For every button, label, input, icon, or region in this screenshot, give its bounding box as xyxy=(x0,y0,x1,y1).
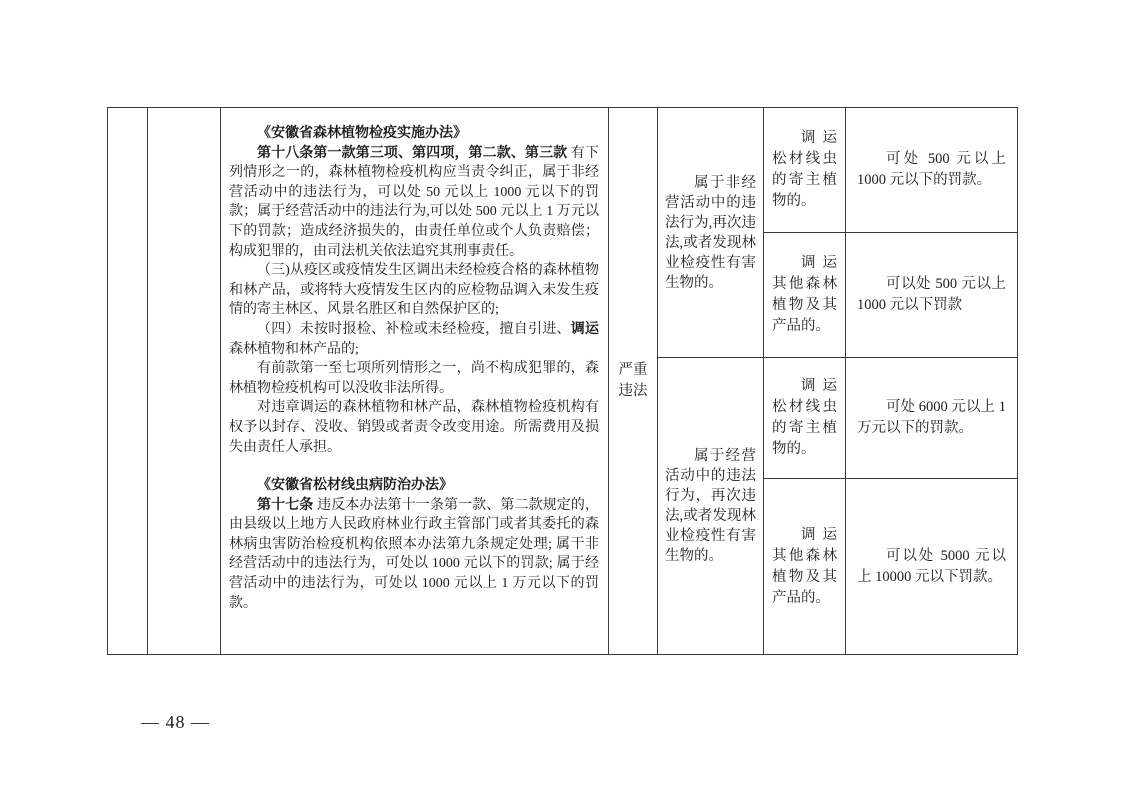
object-text: 调运松材线虫的寄主植物的。 xyxy=(772,128,837,212)
legal-basis-cell: 《安徽省森林植物检疫实施办法》 第十八条第一款第三项、第四项，第二款、第三款 有… xyxy=(221,108,609,654)
penalty-cell-4: 可以处 5000 元以上 10000 元以下罚款。 xyxy=(846,479,1017,654)
law1-clause-paragraph: 第十八条第一款第三项、第四项，第二款、第三款 有下列情形之一的，森林植物检疫机构… xyxy=(229,144,599,262)
law1-item3-paragraph: （三)从疫区或疫情发生区调出未经检疫合格的森林植物和林产品，或将特大疫情发生区内… xyxy=(229,261,599,320)
object-cell-pine-host-2: 调运松材线虫的寄主植物的。 xyxy=(764,358,846,478)
row-group-non-business: 属于非经营活动中的违法行为,再次违法,或者发现林业检疫性有害生物的。 调运松材线… xyxy=(658,108,1017,358)
law1-title: 《安徽省森林植物检疫实施办法》 xyxy=(229,124,599,144)
regulation-table: 《安徽省森林植物检疫实施办法》 第十八条第一款第三项、第四项，第二款、第三款 有… xyxy=(107,107,1018,655)
law2-clause-rest: 违反本办法第十一条第一款、第二款规定的，由县级以上地方人民政府林业行政主管部门或… xyxy=(229,498,599,611)
object-cell-other-plants-2: 调运其他森林植物及其产品的。 xyxy=(764,479,846,654)
severity-cell: 严重违法 xyxy=(609,108,658,654)
law1-seal-paragraph: 对违章调运的森林植物和林产品，森林植物检疫机构有权予以封存、没收、销毁或者责令改… xyxy=(229,398,599,457)
table-row: 调运松材线虫的寄主植物的。 可处 6000 元以上 1 万元以下的罚款。 xyxy=(764,358,1017,479)
object-text: 调运其他森林植物及其产品的。 xyxy=(772,525,837,609)
penalty-cell-2: 可以处 500 元以上 1000 元以下罚款 xyxy=(846,233,1017,357)
page-number: — 48 — xyxy=(141,710,210,734)
law1-clause-bold: 第十八条第一款第三项、第四项，第二款、第三款 xyxy=(257,146,567,161)
sub-rows-non-business: 调运松材线虫的寄主植物的。 可处 500 元以上 1000 元以下的罚款。 调运… xyxy=(764,108,1017,357)
document-page: 《安徽省森林植物检疫实施办法》 第十八条第一款第三项、第四项，第二款、第三款 有… xyxy=(0,0,1122,793)
penalty-text: 可以处 500 元以上 1000 元以下罚款 xyxy=(857,274,1006,316)
condition-text: 属于非经营活动中的违法行为,再次违法,或者发现林业检疫性有害生物的。 xyxy=(665,173,756,293)
condition-text: 属于经营活动中的违法行为，再次违法,或者发现林业检疫性有害生物的。 xyxy=(665,446,756,566)
law1-clause-rest: 有下列情形之一的，森林植物检疫机构应当责令纠正，属于非经营活动中的违法行为，可以… xyxy=(229,146,599,259)
condition-cell-non-business: 属于非经营活动中的违法行为,再次违法,或者发现林业检疫性有害生物的。 xyxy=(658,108,764,357)
table-row: 调运松材线虫的寄主植物的。 可处 500 元以上 1000 元以下的罚款。 xyxy=(764,108,1017,233)
law1-item4-post: 森林植物和林产品的; xyxy=(229,342,359,357)
table-row: 调运其他森林植物及其产品的。 可以处 500 元以上 1000 元以下罚款 xyxy=(764,233,1017,357)
penalty-cell-3: 可处 6000 元以上 1 万元以下的罚款。 xyxy=(846,358,1017,478)
condition-cell-business: 属于经营活动中的违法行为，再次违法,或者发现林业检疫性有害生物的。 xyxy=(658,358,764,654)
law1-item4-pre: （四）未按时报检、补检或未经检疫，擅自引进、 xyxy=(257,322,571,337)
empty-cell-left-1 xyxy=(108,108,148,654)
row-group-business: 属于经营活动中的违法行为，再次违法,或者发现林业检疫性有害生物的。 调运松材线虫… xyxy=(658,358,1017,654)
law1-item4-bold: 调运 xyxy=(571,322,599,337)
law2-title: 《安徽省松材线虫病防治办法》 xyxy=(229,476,599,496)
object-text: 调运其他森林植物及其产品的。 xyxy=(772,253,837,337)
penalty-text: 可以处 5000 元以上 10000 元以下罚款。 xyxy=(857,546,1006,588)
sub-rows-business: 调运松材线虫的寄主植物的。 可处 6000 元以上 1 万元以下的罚款。 调运其… xyxy=(764,358,1017,654)
object-text: 调运松材线虫的寄主植物的。 xyxy=(772,376,837,460)
law2-clause-paragraph: 第十七条 违反本办法第十一条第一款、第二款规定的，由县级以上地方人民政府林业行政… xyxy=(229,496,599,614)
severity-label: 严重违法 xyxy=(618,360,649,402)
violation-penalty-section: 属于非经营活动中的违法行为,再次违法,或者发现林业检疫性有害生物的。 调运松材线… xyxy=(658,108,1017,654)
object-cell-other-plants-1: 调运其他森林植物及其产品的。 xyxy=(764,233,846,357)
penalty-text: 可处 6000 元以上 1 万元以下的罚款。 xyxy=(857,397,1006,439)
penalty-cell-1: 可处 500 元以上 1000 元以下的罚款。 xyxy=(846,108,1017,232)
table-row: 调运其他森林植物及其产品的。 可以处 5000 元以上 10000 元以下罚款。 xyxy=(764,479,1017,654)
law2-clause-bold: 第十七条 xyxy=(257,498,313,513)
penalty-text: 可处 500 元以上 1000 元以下的罚款。 xyxy=(857,149,1006,191)
law1-confiscate-paragraph: 有前款第一至七项所列情形之一，尚不构成犯罪的，森林植物检疫机构可以没收非法所得。 xyxy=(229,359,599,398)
empty-cell-left-2 xyxy=(148,108,221,654)
object-cell-pine-host-1: 调运松材线虫的寄主植物的。 xyxy=(764,108,846,232)
law1-item4-paragraph: （四）未按时报检、补检或未经检疫，擅自引进、调运森林植物和林产品的; xyxy=(229,320,599,359)
